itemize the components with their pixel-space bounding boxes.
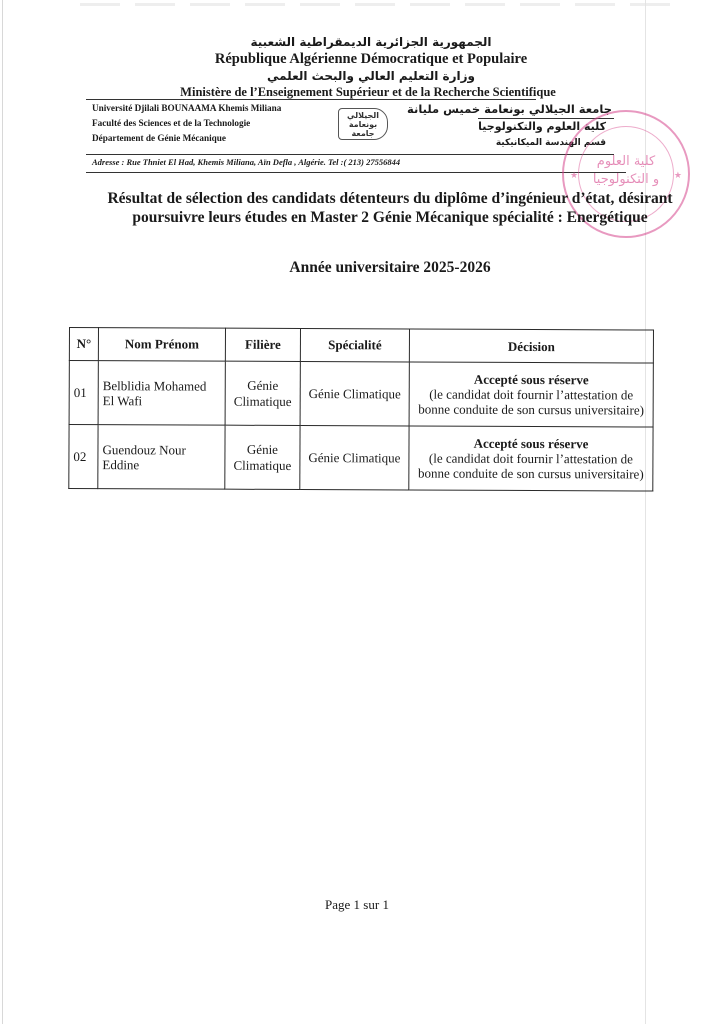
ministry-name-ar: وزارة التعليم العالي والبحث العلمي <box>20 68 722 84</box>
country-name-fr: République Algérienne Démocratique et Po… <box>20 50 722 68</box>
cell-name: Belblidia Mohamed El Wafi <box>98 361 225 426</box>
faculty-name-fr: Faculté des Sciences et de la Technologi… <box>92 116 281 131</box>
cell-specialite: Génie Climatique <box>300 362 409 426</box>
results-table: N° Nom Prénom Filière Spécialité Décisio… <box>68 327 654 492</box>
stamp-line-2: و التكنولوجيا <box>564 172 688 187</box>
col-header-num: N° <box>69 328 98 361</box>
institution-fr: Université Djilali BOUNAAMA Khemis Milia… <box>92 101 281 146</box>
document-title: Résultat de sélection des candidats déte… <box>90 189 690 227</box>
table-row: 01 Belblidia Mohamed El Wafi Génie Clima… <box>69 361 653 428</box>
header-divider-address-top <box>86 154 486 155</box>
scan-smudge <box>80 3 680 6</box>
table-header-row: N° Nom Prénom Filière Spécialité Décisio… <box>69 328 653 364</box>
page-number: Page 1 sur 1 <box>0 897 718 913</box>
university-logo: الجيلالي بونعامة جامعة <box>338 108 388 140</box>
university-logo-text: الجيلالي بونعامة جامعة <box>339 111 387 138</box>
col-header-specialite: Spécialité <box>300 329 409 362</box>
table-row: 02 Guendouz Nour Eddine Génie Climatique… <box>69 425 653 492</box>
decision-status: Accepté sous réserve <box>413 436 648 452</box>
department-name-fr: Département de Génie Mécanique <box>92 131 281 146</box>
decision-note: (le candidat doit fournir l’attestation … <box>418 387 644 418</box>
cell-filiere: Génie Climatique <box>225 361 300 425</box>
scan-edge-left <box>2 0 3 1024</box>
header-divider-address-bottom <box>86 172 626 173</box>
country-name-ar: الجمهورية الجزائرية الديمقراطية الشعبية <box>20 34 722 50</box>
university-name-ar: جامعة الجيلالي بونعامة خميس مليانة <box>407 100 612 118</box>
official-header: الجمهورية الجزائرية الديمقراطية الشعبية … <box>0 34 722 101</box>
col-header-filiere: Filière <box>225 328 300 361</box>
decision-note: (le candidat doit fournir l’attestation … <box>418 451 644 482</box>
stamp-star-icon: ★ <box>570 170 578 181</box>
university-name-fr: Université Djilali BOUNAAMA Khemis Milia… <box>92 101 281 116</box>
cell-filiere: Génie Climatique <box>225 425 300 489</box>
cell-decision: Accepté sous réserve (le candidat doit f… <box>409 426 653 491</box>
cell-num: 01 <box>69 361 98 425</box>
stamp-line-1: كلية العلوم <box>564 154 688 169</box>
col-header-decision: Décision <box>409 329 653 363</box>
cell-num: 02 <box>69 425 98 489</box>
decision-status: Accepté sous réserve <box>414 372 649 388</box>
cell-decision: Accepté sous réserve (le candidat doit f… <box>409 362 653 427</box>
cell-name: Guendouz Nour Eddine <box>98 425 225 490</box>
institution-address: Adresse : Rue Thniet El Had, Khemis Mili… <box>92 157 400 167</box>
stamp-star-icon: ★ <box>674 170 682 181</box>
academic-year: Année universitaire 2025-2026 <box>90 259 690 277</box>
cell-specialite: Génie Climatique <box>300 426 409 490</box>
col-header-name: Nom Prénom <box>98 328 225 362</box>
